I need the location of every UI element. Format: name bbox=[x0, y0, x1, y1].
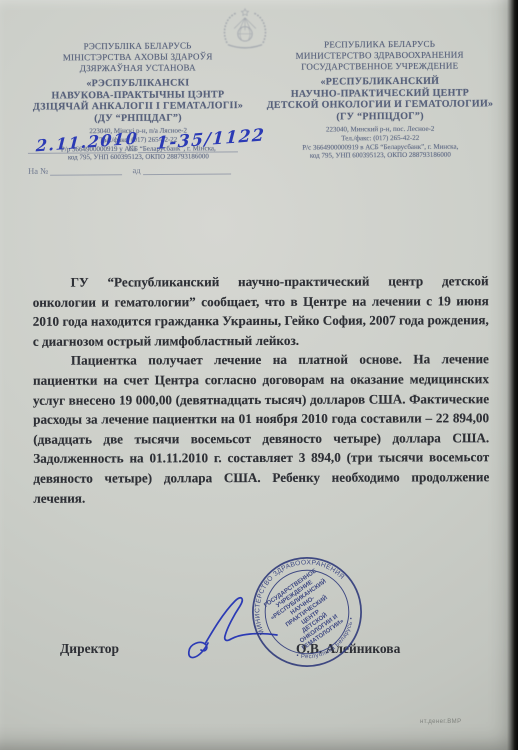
outgoing-number-row: № 2.11.2010 1-35/1122 bbox=[28, 137, 278, 161]
from-label: ад bbox=[132, 165, 140, 175]
official-round-stamp: МИНИСТЕРСТВО ЗДРАВООХРАНЕНИЯ • Республик… bbox=[248, 553, 366, 671]
reference-block: № 2.11.2010 1-35/1122 На № ад bbox=[28, 137, 278, 183]
paragraph-patient-info: ГУ “Республиканский научно-практический … bbox=[33, 271, 489, 351]
scan-edge-shadow bbox=[507, 0, 518, 750]
blank-line-on-number bbox=[50, 160, 122, 176]
emblem-rays bbox=[234, 18, 256, 31]
letterhead-contact-ru: 223040, Минский р-н, пос. Лесное-2 Тел./… bbox=[262, 124, 498, 161]
on-number-label: На № bbox=[28, 166, 48, 176]
letterhead-orgtype-by: ДЗЯРЖАЎНАЯ УСТАНОВА bbox=[14, 62, 262, 75]
paragraph-payment-info: Пациентка получает лечение на платной ос… bbox=[33, 350, 490, 508]
emblem-star bbox=[241, 9, 248, 16]
letterhead-center-name-by: «РЭСПУБЛІКАНСКІ НАВУКОВА-ПРАКТЫЧНЫ ЦЭНТР… bbox=[14, 77, 262, 125]
letterhead-center-name-ru: «РЕСПУБЛИКАНСКИЙ НАУЧНО-ПРАКТИЧЕСКИЙ ЦЕН… bbox=[262, 75, 498, 123]
blank-line-from-date bbox=[143, 159, 231, 175]
incoming-number-row: На № ад bbox=[28, 159, 278, 183]
letterhead-russian-column: РЕСПУБЛИКА БЕЛАРУСЬ МИНИСТЕРСТВО ЗДРАВОО… bbox=[262, 38, 499, 161]
letterhead-orgtype-ru: ГОСУДАРСТВЕННОЕ УЧРЕЖДЕНИЕ bbox=[262, 60, 498, 73]
letterhead-ministry-ru: МИНИСТЕРСТВО ЗДРАВООХРАНЕНИЯ bbox=[262, 49, 498, 62]
scan-watermark: нт.денег.ВМР bbox=[420, 719, 461, 725]
signer-title: Директор bbox=[60, 641, 119, 657]
scanned-letter-page: РЭСПУБЛІКА БЕЛАРУСЬ МІНІСТЭРСТВА АХОВЫ З… bbox=[0, 0, 518, 750]
codes-line: код 795, УНП 600395123, ОКПО 28879318600… bbox=[262, 151, 498, 161]
letter-body: ГУ “Республиканский научно-практический … bbox=[33, 271, 490, 508]
